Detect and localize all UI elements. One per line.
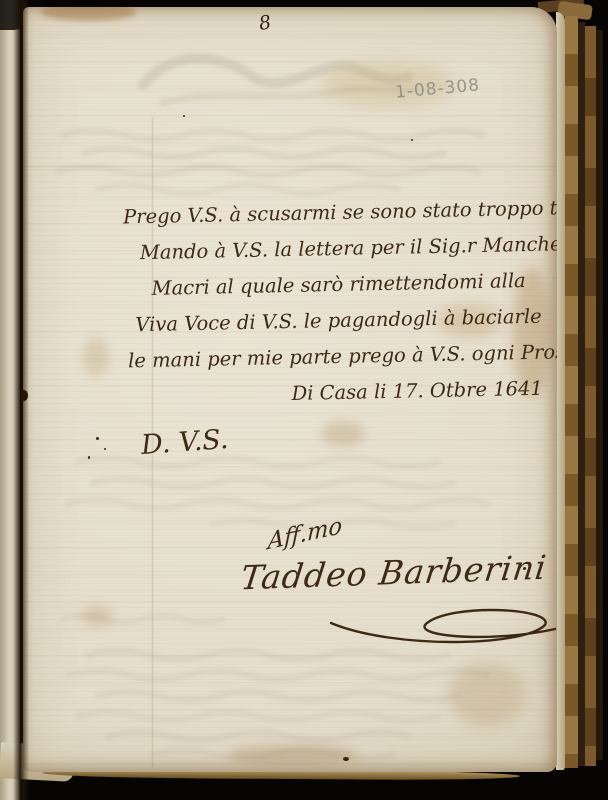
- closing-abbreviation: Aff.mo: [267, 513, 342, 556]
- paper-stain: [228, 745, 358, 765]
- page-stack-edge: [578, 22, 585, 766]
- page-stack-edge: [565, 16, 578, 768]
- paper-stain: [321, 421, 365, 447]
- ink-speck: [411, 139, 413, 141]
- ink-speck: [183, 115, 185, 117]
- gutter-ink-spot: [20, 390, 28, 401]
- salutation-abbreviation: D. V.S.: [140, 424, 229, 461]
- folio-number: 8: [257, 11, 274, 35]
- paper-stain: [83, 337, 109, 377]
- page-stack-edge: [585, 26, 596, 766]
- ink-speck: [96, 437, 99, 440]
- paper-stain: [81, 605, 113, 627]
- archival-code: 1-08-308: [394, 75, 481, 102]
- paper-crease: [23, 165, 557, 168]
- letter-body: Prego V.S. à scusarmi se sono stato trop…: [123, 191, 551, 416]
- ink-speck: [343, 757, 349, 761]
- signature: Taddeo Barberini: [239, 548, 549, 598]
- signature-flourish: [323, 595, 557, 653]
- ink-speck: [104, 448, 106, 450]
- page-stack-edge: [596, 30, 603, 760]
- paper-stain: [41, 7, 136, 21]
- page-stack-edge: [556, 12, 565, 770]
- book-page: 8 1-08-308 Prego V.S. à scusarmi se sono…: [23, 7, 557, 772]
- manuscript-scan: 8 1-08-308 Prego V.S. à scusarmi se sono…: [0, 0, 608, 800]
- ink-speck: [88, 456, 90, 459]
- paper-stain: [449, 662, 524, 727]
